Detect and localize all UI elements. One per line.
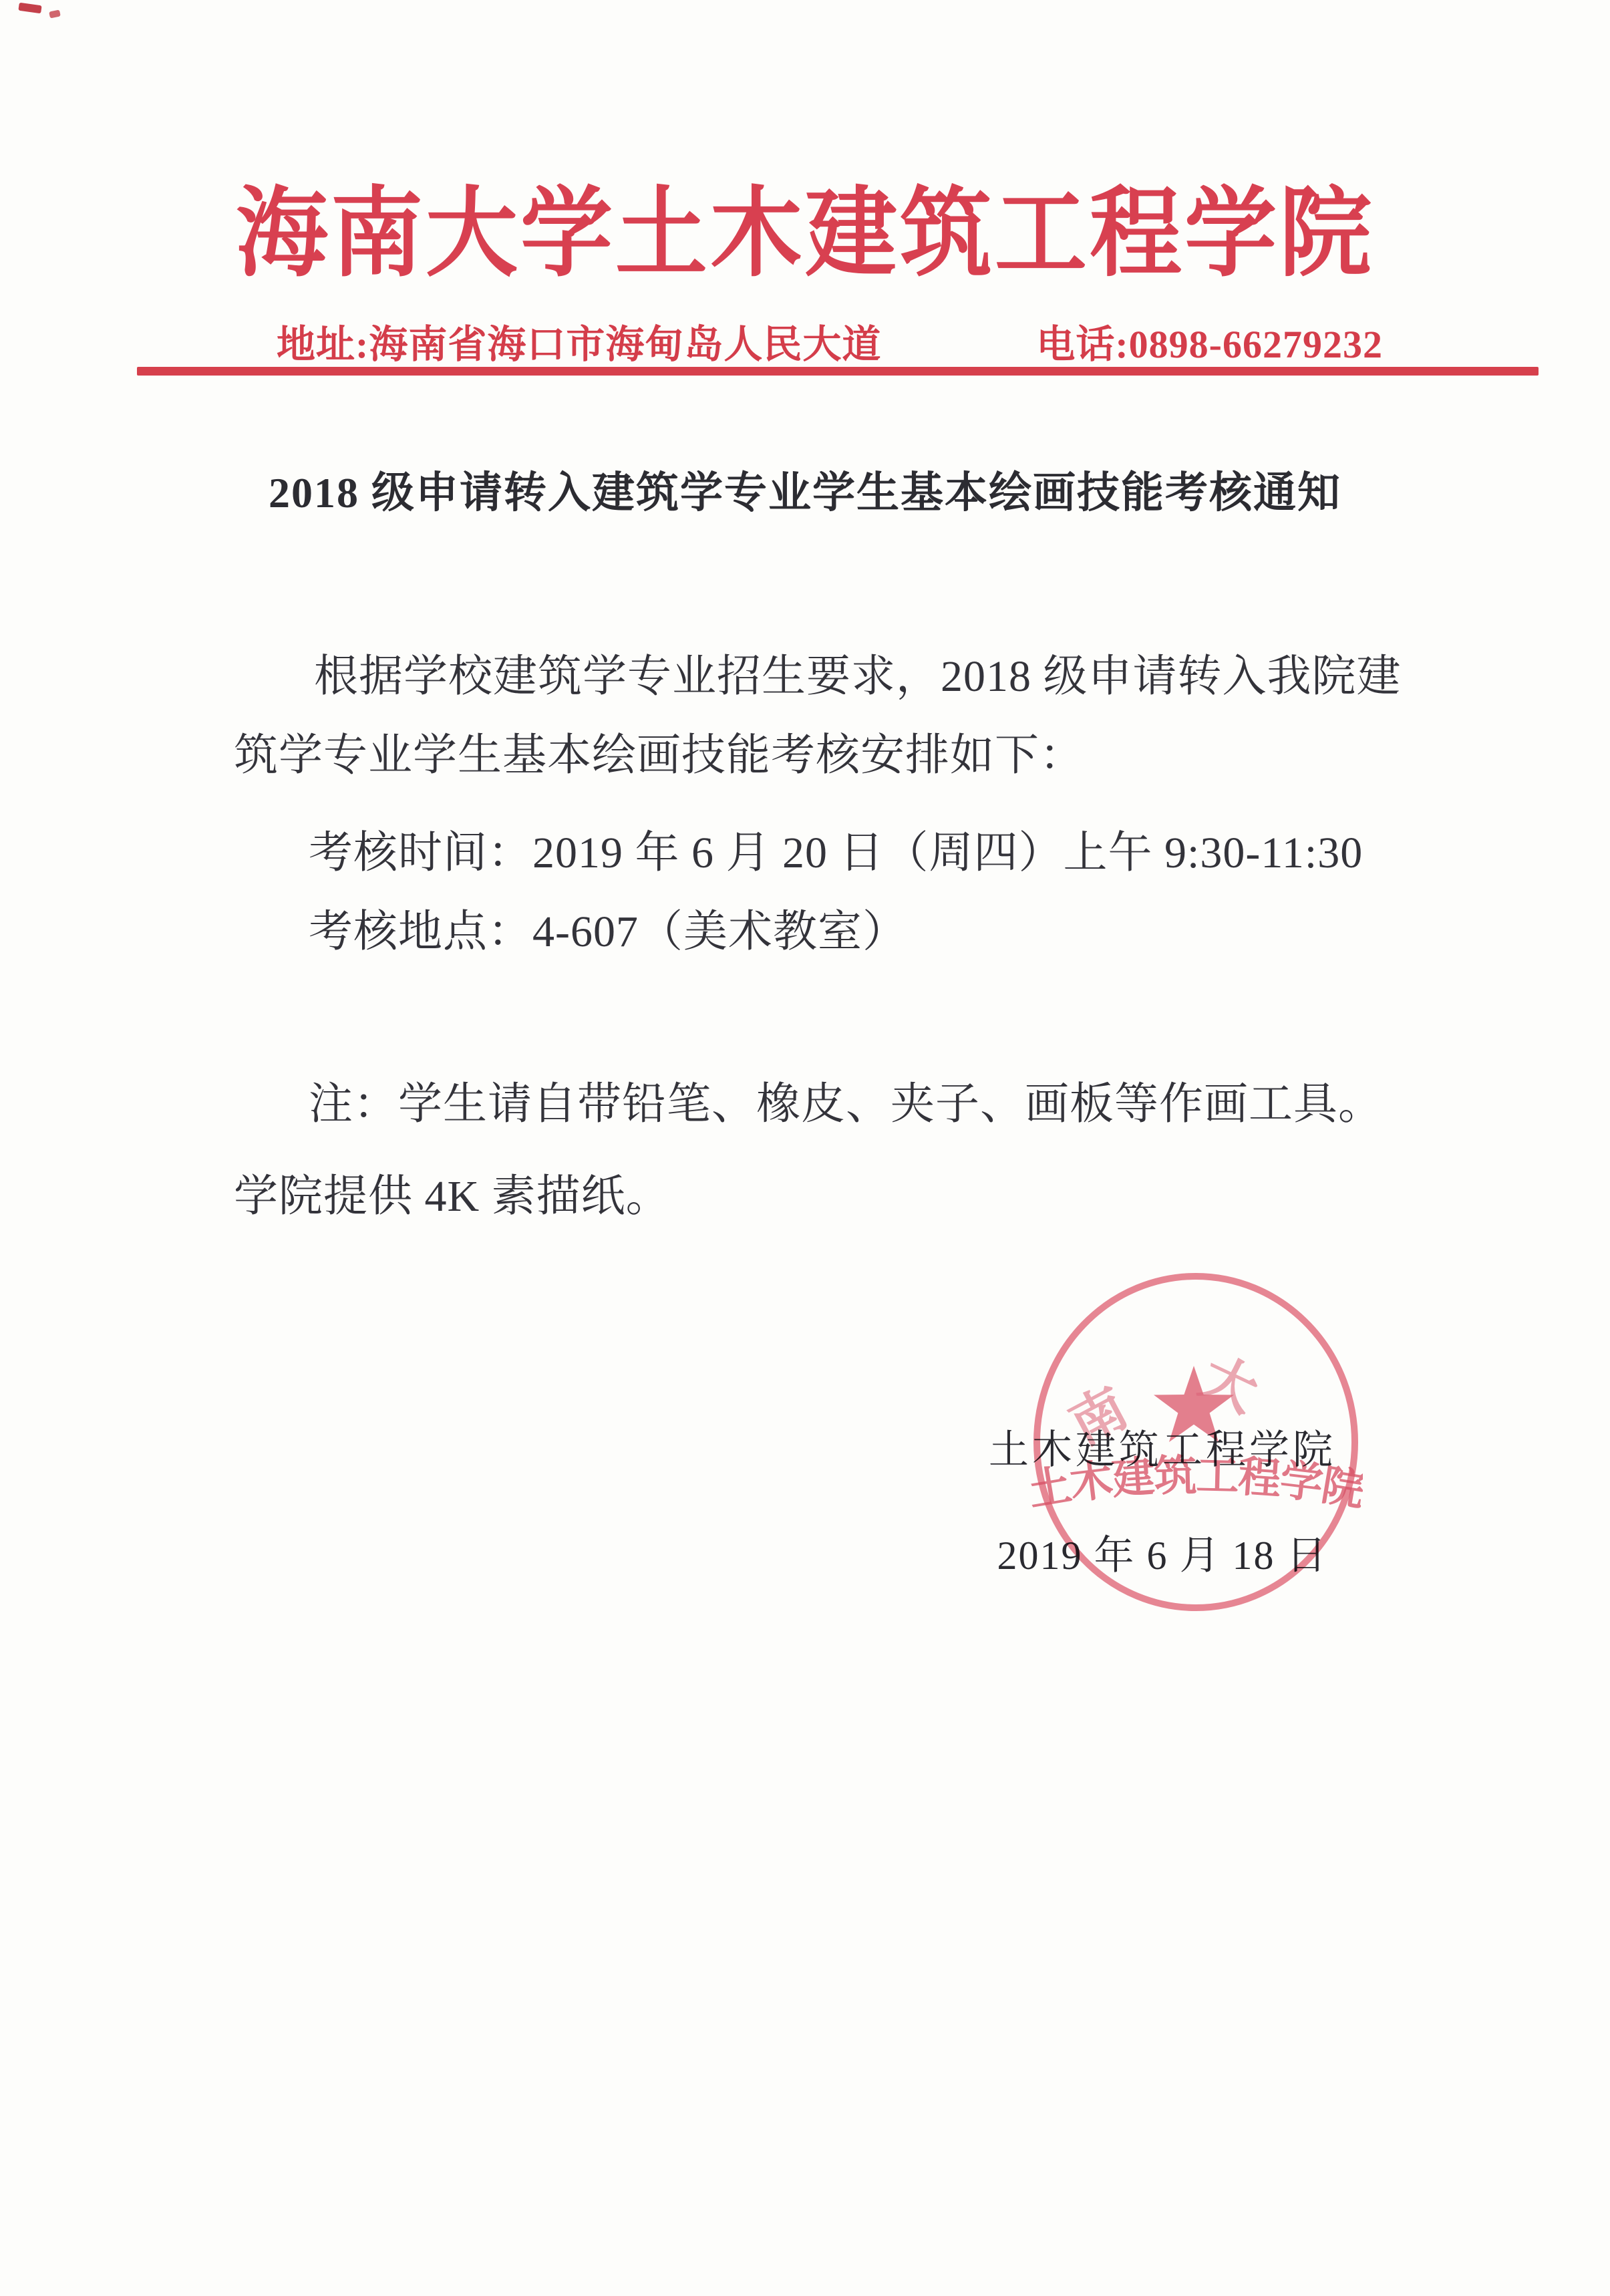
letterhead-contact-row: 地址:海南省海口市海甸岛人民大道 电话:0898-66279232 — [277, 313, 1383, 369]
scan-artifact — [49, 9, 61, 18]
notice-exam-time-line: 考核时间：2019 年 6 月 20 日（周四）上午 9:30-11:30 — [309, 817, 1363, 880]
notice-note-line: 注：学生请自带铅笔、橡皮、夹子、画板等作画工具。 — [309, 1068, 1383, 1131]
letterhead-divider-rule — [137, 367, 1539, 376]
letterhead-phone: 电话:0898-66279232 — [1036, 313, 1383, 369]
notice-paragraph-line: 筑学专业学生基本绘画技能考核安排如下： — [234, 719, 1084, 782]
notice-title: 2018 级申请转入建筑学专业学生基本绘画技能考核通知 — [0, 458, 1610, 520]
scanned-notice-page: 海南大学土木建筑工程学院 地址:海南省海口市海甸岛人民大道 电话:0898-66… — [0, 0, 1610, 2296]
notice-paragraph-line: 根据学校建筑学专业招生要求，2018 级申请转入我院建 — [314, 640, 1402, 704]
signoff-block: 土木建筑工程学院 2019 年 6 月 18 日 — [962, 1418, 1363, 1581]
notice-exam-location-line: 考核地点：4-607（美术教室） — [309, 895, 907, 959]
signoff-signer: 土木建筑工程学院 — [962, 1418, 1363, 1475]
letterhead-institution-name: 海南大学土木建筑工程学院 — [0, 155, 1610, 295]
scan-artifact — [18, 3, 41, 14]
letterhead-address: 地址:海南省海口市海甸岛人民大道 — [277, 313, 881, 369]
notice-note-line: 学院提供 4K 素描纸。 — [234, 1160, 671, 1224]
signoff-date: 2019 年 6 月 18 日 — [962, 1524, 1363, 1581]
